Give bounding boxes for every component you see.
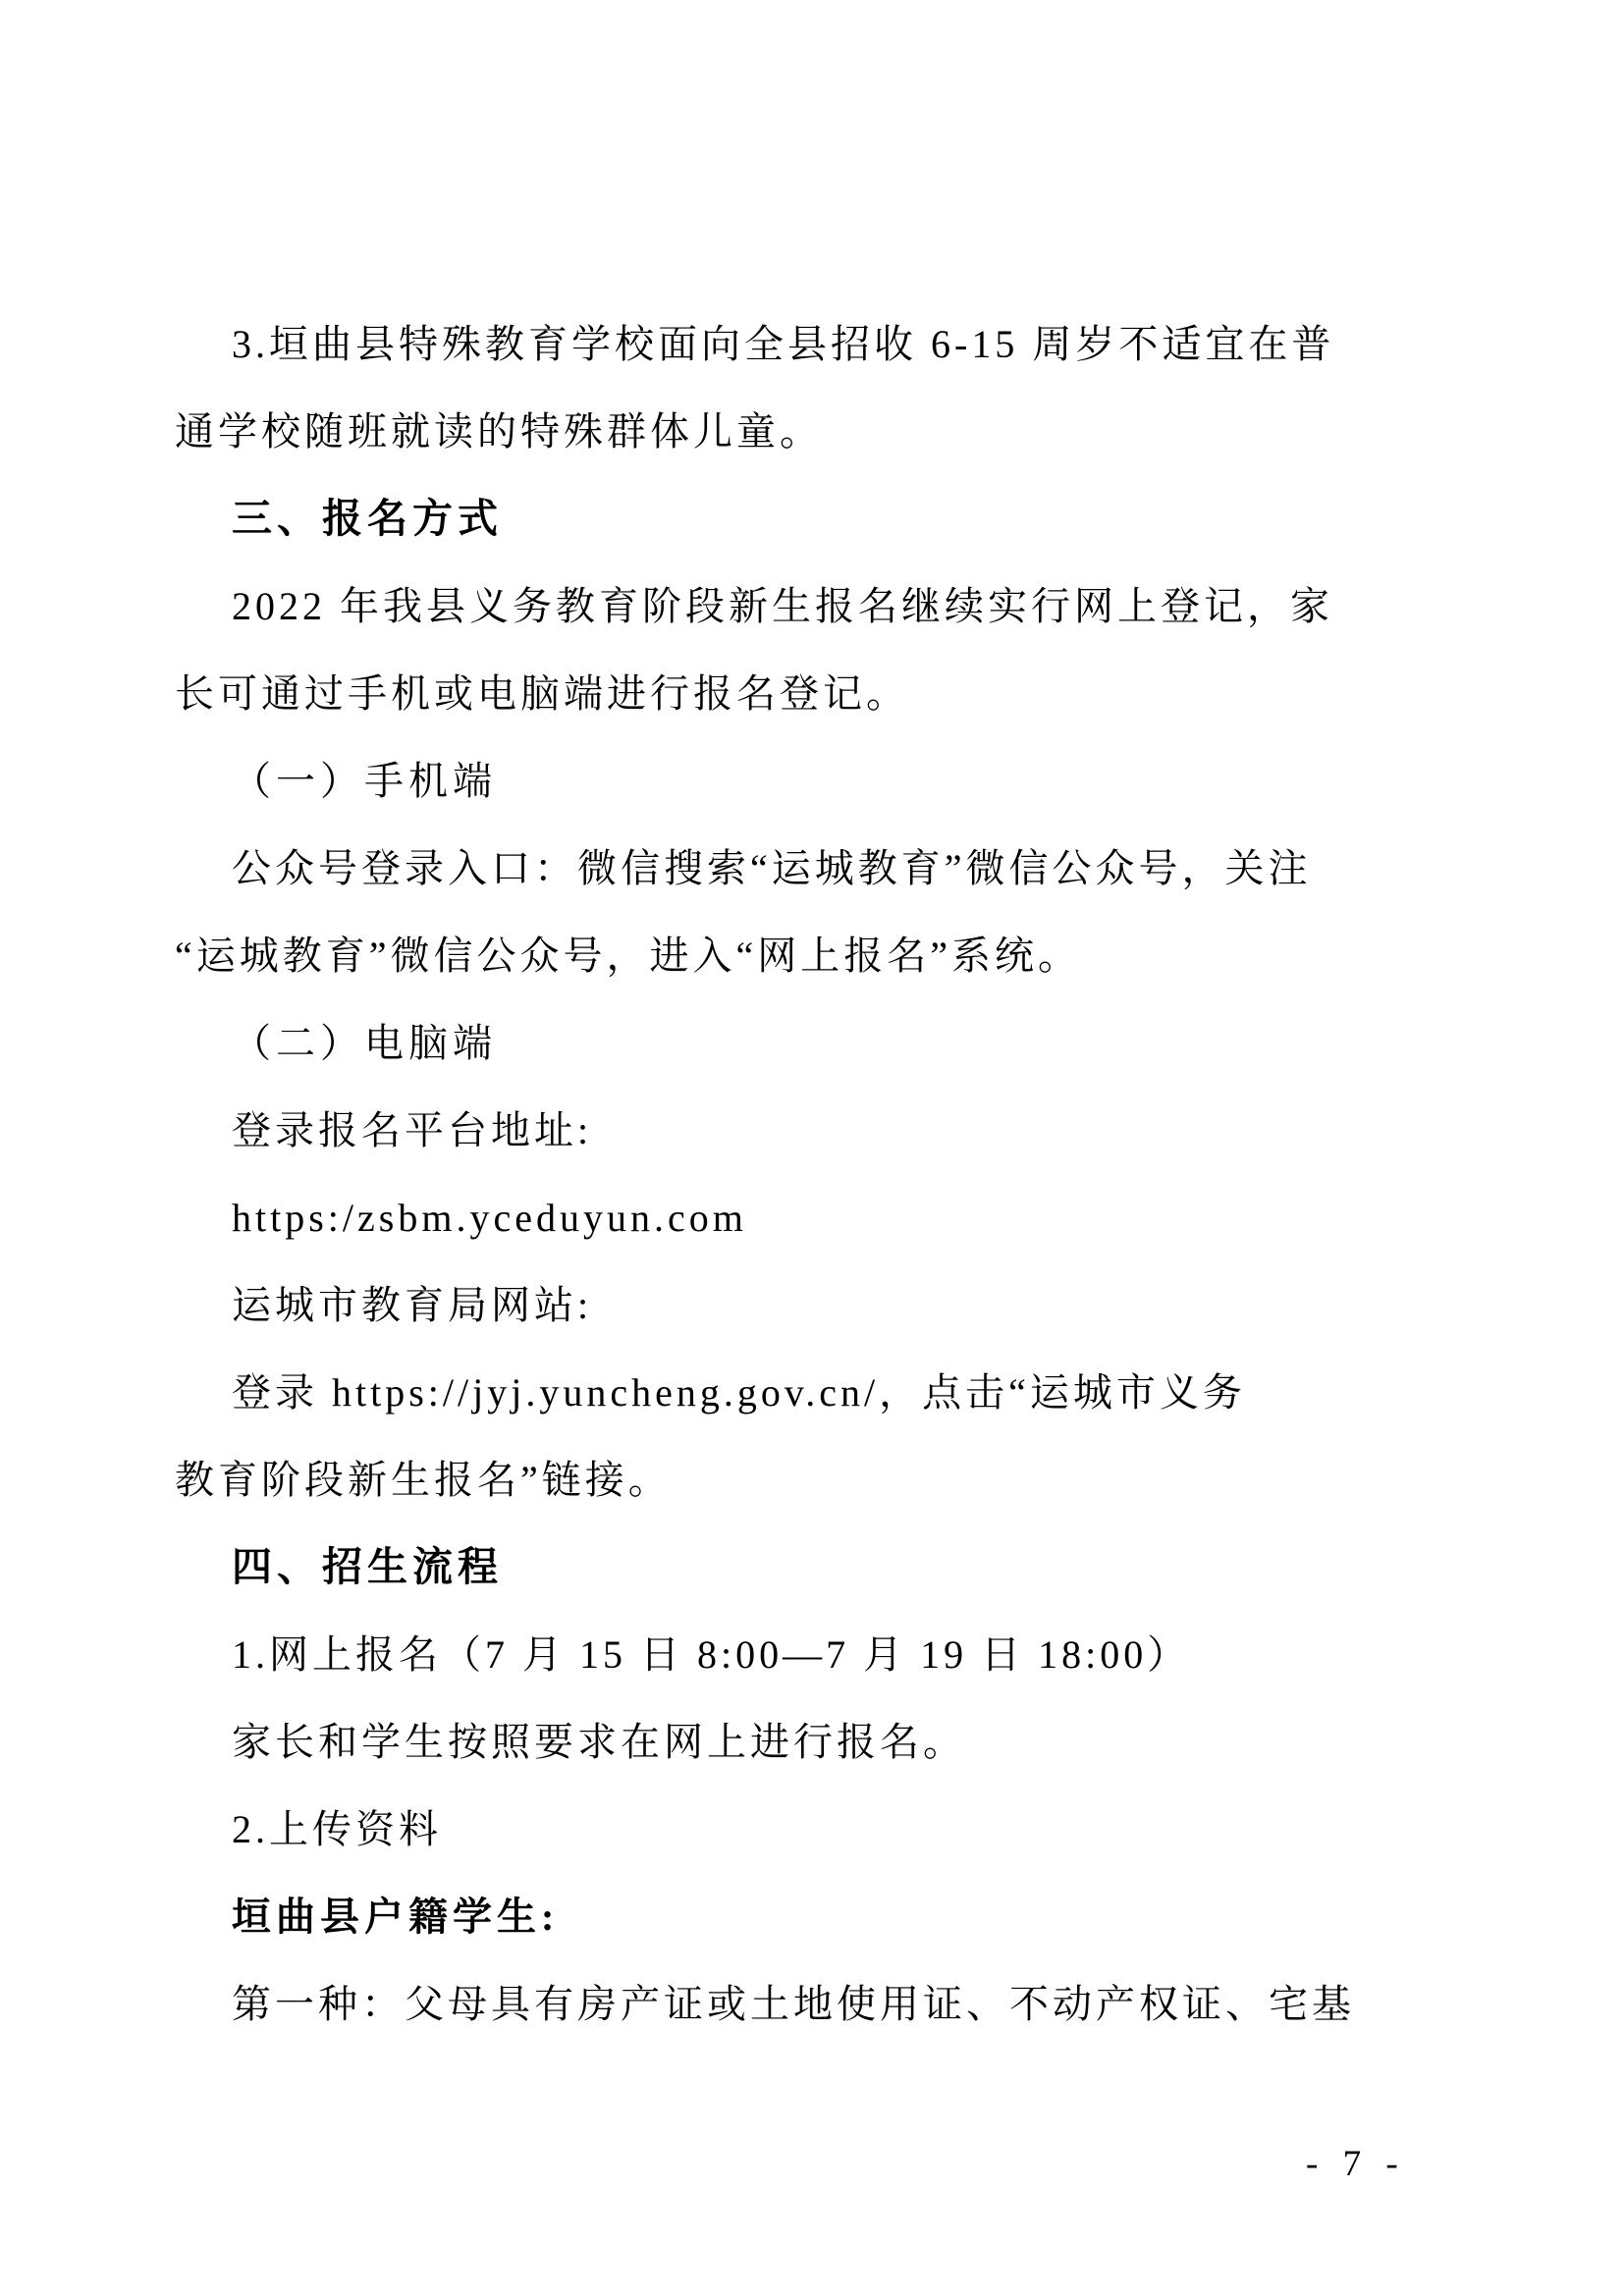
text-line: 教育阶段新生报名”链接。: [175, 1436, 1471, 1523]
text-line: 登录 https://jyj.yuncheng.gov.cn/，点击“运城市义务: [175, 1349, 1471, 1436]
text-line: https:/zsbm.yceduyun.com: [175, 1174, 1471, 1261]
document-content: 3.垣曲县特殊教育学校面向全县招收 6-15 周岁不适宜在普通学校随班就读的特殊…: [175, 300, 1471, 2048]
text-line: 1.网上报名（7 月 15 日 8:00—7 月 19 日 18:00）: [175, 1611, 1471, 1698]
text-line: 四、招生流程: [175, 1523, 1471, 1611]
text-line: 长可通过手机或电脑端进行报名登记。: [175, 650, 1471, 737]
text-line: 通学校随班就读的特殊群体儿童。: [175, 388, 1471, 475]
text-line: 三、报名方式: [175, 475, 1471, 562]
page-number: - 7 -: [1306, 2143, 1406, 2185]
text-line: 第一种：父母具有房产证或土地使用证、不动产权证、宅基: [175, 1960, 1471, 2048]
document-page: 3.垣曲县特殊教育学校面向全县招收 6-15 周岁不适宜在普通学校随班就读的特殊…: [0, 0, 1624, 2296]
text-line: 运城市教育局网站:: [175, 1261, 1471, 1349]
text-line: 登录报名平台地址:: [175, 1087, 1471, 1174]
text-line: “运城教育”微信公众号，进入“网上报名”系统。: [175, 912, 1471, 999]
text-line: 家长和学生按照要求在网上进行报名。: [175, 1698, 1471, 1786]
text-line: （一）手机端: [175, 737, 1471, 825]
text-line: 2.上传资料: [175, 1786, 1471, 1873]
text-line: （二）电脑端: [175, 999, 1471, 1087]
text-line: 公众号登录入口：微信搜索“运城教育”微信公众号，关注: [175, 825, 1471, 912]
text-line: 2022 年我县义务教育阶段新生报名继续实行网上登记，家: [175, 562, 1471, 650]
text-line: 垣曲县户籍学生:: [175, 1873, 1471, 1960]
text-line: 3.垣曲县特殊教育学校面向全县招收 6-15 周岁不适宜在普: [175, 300, 1471, 388]
